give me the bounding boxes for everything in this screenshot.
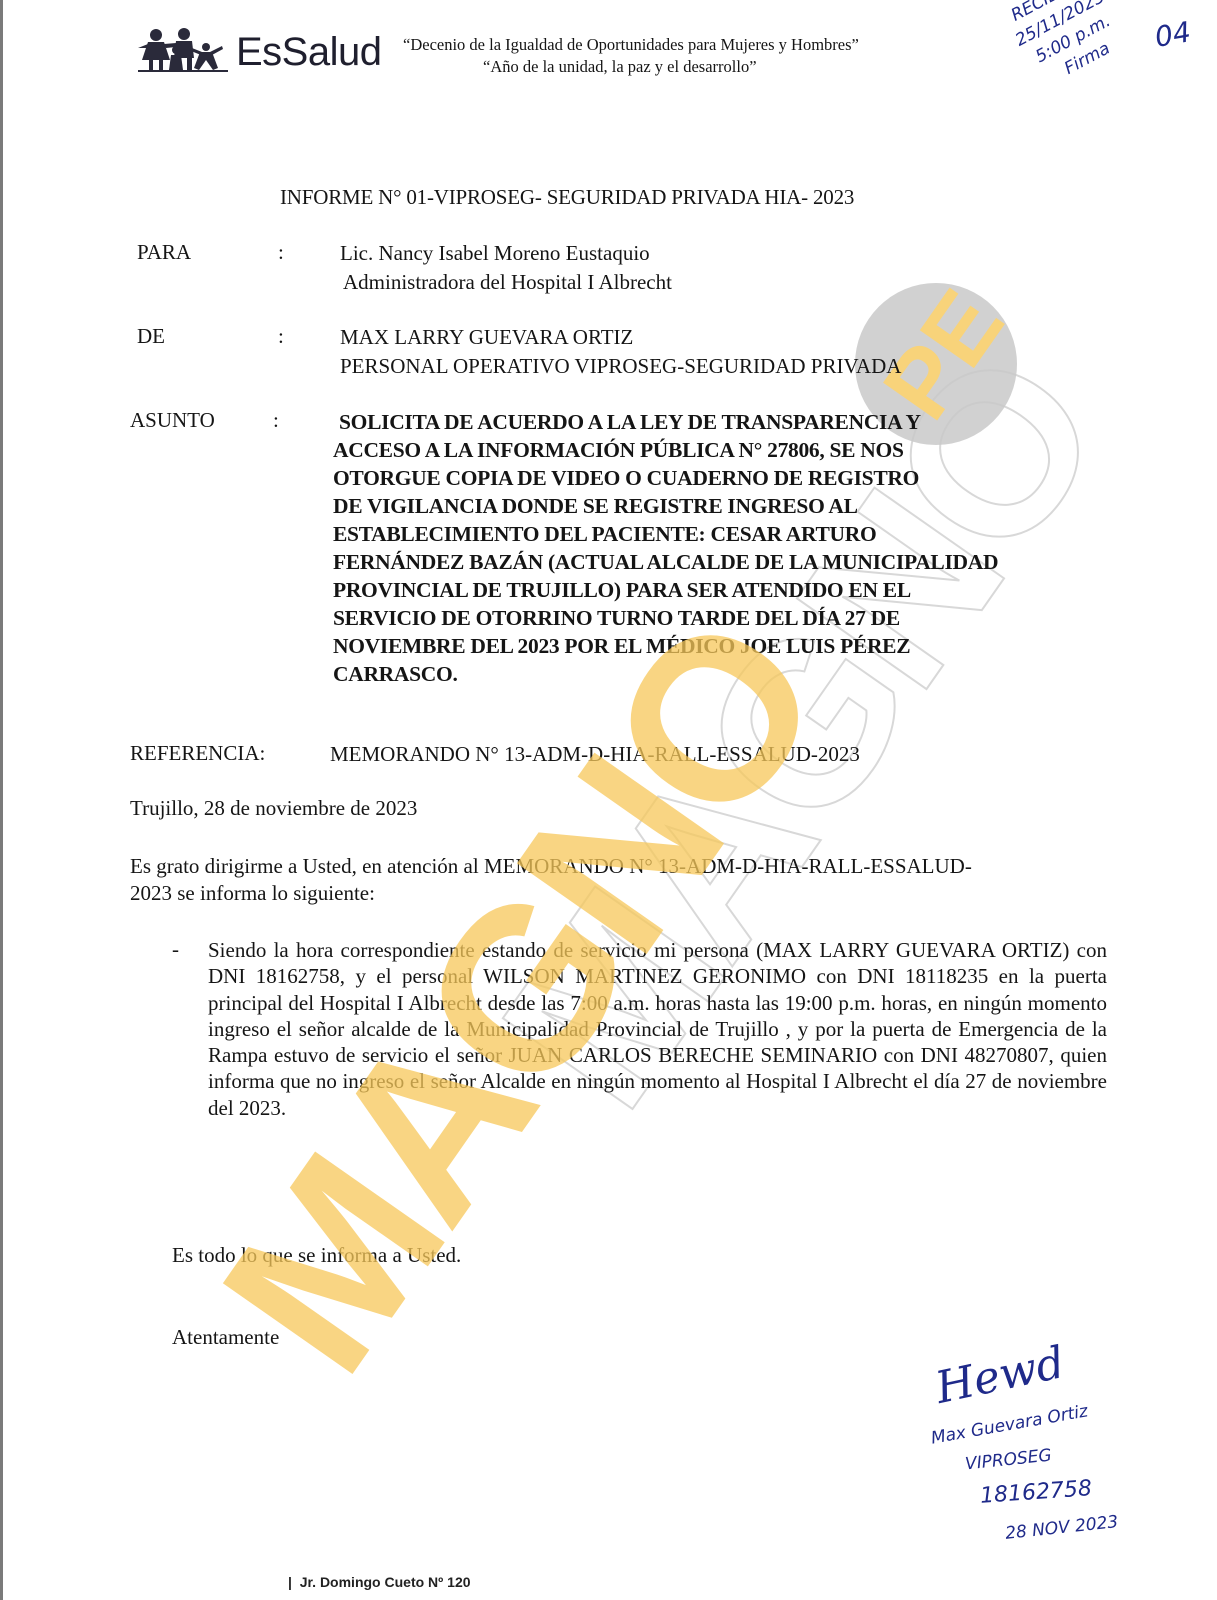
asunto-line: FERNÁNDEZ BAZÁN (ACTUAL ALCALDE DE LA MU… (333, 548, 1113, 576)
signoff-text: Atentamente (172, 1324, 279, 1351)
footer-divider: | (288, 1574, 300, 1590)
intro-line-1: Es grato dirigirme a Usted, en atención … (130, 853, 1115, 880)
de-name: MAX LARRY GUEVARA ORTIZ (340, 323, 901, 352)
asunto-line: DE VIGILANCIA DONDE SE REGISTRE INGRESO … (333, 492, 1113, 520)
de-colon: : (278, 324, 284, 349)
signature-scribble: Hewd (931, 1337, 1069, 1414)
para-colon: : (278, 240, 284, 265)
signature-dni: 18162758 (979, 1476, 1092, 1509)
asunto-line: ESTABLECIMIENTO DEL PACIENTE: CESAR ARTU… (333, 520, 1113, 548)
motto-line-1: “Decenio de la Igualdad de Oportunidades… (400, 34, 920, 56)
asunto-label: ASUNTO (130, 408, 215, 433)
footer-address-text: Jr. Domingo Cueto Nº 120 (300, 1574, 471, 1590)
closing-text: Es todo lo que se informa a Usted. (172, 1242, 461, 1269)
de-label: DE (137, 324, 165, 349)
para-name: Lic. Nancy Isabel Moreno Eustaquio (340, 239, 672, 268)
place-date: Trujillo, 28 de noviembre de 2023 (130, 795, 417, 822)
intro-line-2: 2023 se informa lo siguiente: (130, 880, 1115, 907)
motto-line-2: “Año de la unidad, la paz y el desarroll… (400, 56, 920, 78)
asunto-line: SERVICIO DE OTORRINO TURNO TARDE DEL DÍA… (333, 604, 1113, 632)
logo-text: EsSalud (236, 32, 381, 72)
bullet-marker: - (172, 937, 208, 1121)
asunto-line: ACCESO A LA INFORMACIÓN PÚBLICA N° 27806… (333, 436, 1113, 464)
asunto-line: NOVIEMBRE DEL 2023 POR EL MÉDICO JOE LUI… (333, 632, 1113, 660)
asunto-line: PROVINCIAL DE TRUJILLO) PARA SER ATENDID… (333, 576, 1113, 604)
signature-block: Hewd Max Guevara Ortiz VIPROSEG 18162758… (925, 1350, 1185, 1580)
scan-edge (0, 0, 3, 1600)
document-title: INFORME N° 01-VIPROSEG- SEGURIDAD PRIVAD… (280, 185, 854, 210)
referencia-label: REFERENCIA: (130, 741, 265, 766)
bullet-item: - Siendo la hora correspondiente estando… (172, 937, 1107, 1121)
para-position: Administradora del Hospital I Albrecht (340, 268, 672, 297)
signature-date: 28 NOV 2023 (1004, 1512, 1119, 1544)
asunto-colon: : (273, 408, 279, 433)
asunto-text: SOLICITA DE ACUERDO A LA LEY DE TRANSPAR… (333, 408, 1113, 688)
header-motto: “Decenio de la Igualdad de Oportunidades… (400, 34, 920, 78)
page-number: 04 (1152, 15, 1193, 54)
de-position: PERSONAL OPERATIVO VIPROSEG-SEGURIDAD PR… (340, 352, 901, 381)
asunto-line: OTORGUE COPIA DE VIDEO O CUADERNO DE REG… (333, 464, 1113, 492)
asunto-line: SOLICITA DE ACUERDO A LA LEY DE TRANSPAR… (333, 408, 1113, 436)
asunto-line: CARRASCO. (333, 660, 1113, 688)
intro-paragraph: Es grato dirigirme a Usted, en atención … (130, 853, 1115, 907)
essalud-logo: EsSalud (138, 28, 381, 72)
bullet-text: Siendo la hora correspondiente estando d… (208, 937, 1107, 1121)
footer-address: | Jr. Domingo Cueto Nº 120 (288, 1574, 471, 1590)
para-label: PARA (137, 240, 191, 265)
para-value: Lic. Nancy Isabel Moreno Eustaquio Admin… (340, 239, 672, 297)
family-icon (138, 28, 234, 72)
referencia-value: MEMORANDO N° 13-ADM-D-HIA-RALL-ESSALUD-2… (330, 740, 860, 769)
de-value: MAX LARRY GUEVARA ORTIZ PERSONAL OPERATI… (340, 323, 901, 381)
signature-unit: VIPROSEG (964, 1446, 1052, 1475)
